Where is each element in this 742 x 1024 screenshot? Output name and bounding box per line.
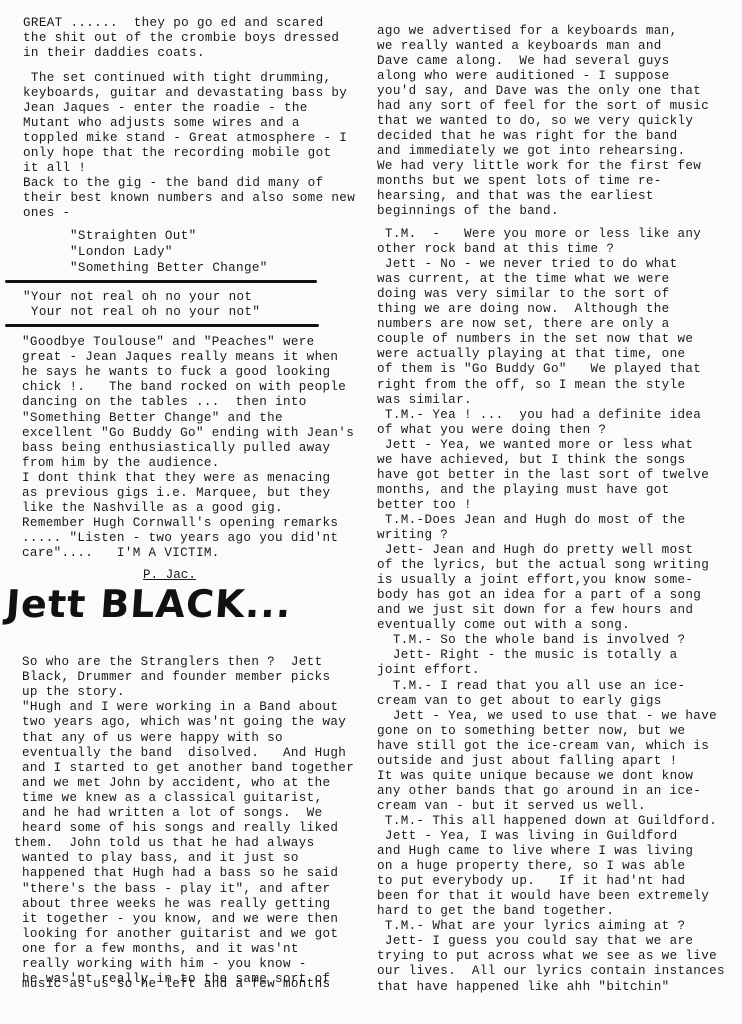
text-line: we have achieved, but I think the songs — [377, 453, 685, 468]
text-line: Jett - Yea, we used to use that - we hav… — [377, 709, 717, 724]
text-line: looking for another guitarist and we got — [22, 927, 338, 942]
text-line: our lives. All our lyrics contain instan… — [377, 964, 725, 979]
divider-rule — [5, 324, 319, 327]
fanzine-page: GREAT ...... they po go ed and scaredthe… — [0, 0, 742, 1024]
text-line: T.M. - Were you more or less like any — [377, 227, 701, 242]
song-title: "Straighten Out" — [70, 229, 197, 244]
text-line: and immediately we got into rehearsing. — [377, 144, 685, 159]
text-line: T.M.- This all happened down at Guildfor… — [377, 814, 717, 829]
text-line: months, and the playing must have got — [377, 483, 670, 498]
text-line: two years ago, which was'nt going the wa… — [22, 715, 346, 730]
text-line: was similar. — [377, 393, 472, 408]
text-line: GREAT ...... they po go ed and scared — [23, 16, 323, 31]
text-line: any other bands that go around in an ice… — [377, 784, 701, 799]
text-line: care".... I'M A VICTIM. — [22, 546, 220, 561]
text-line: I dont think that they were as menacing — [22, 471, 330, 486]
text-line: hearsing, and that was the earliest — [377, 189, 654, 204]
text-line: dancing on the tables ... then into — [22, 395, 307, 410]
text-line: Remember Hugh Cornwall's opening remarks — [22, 516, 338, 531]
text-line: we really wanted a keyboards man and — [377, 39, 662, 54]
text-line: cream van - but it served us well. — [377, 799, 646, 814]
text-line: that we wanted to do, so we very quickly — [377, 114, 693, 129]
text-line: ago we advertised for a keyboards man, — [377, 24, 677, 39]
text-line: chick !. The band rocked on with people — [22, 380, 346, 395]
text-line: Jett- I guess you could say that we are — [377, 934, 693, 949]
lyric-quote-line: "Your not real oh no your not — [23, 290, 252, 305]
text-line: Jett - Yea, we wanted more or less what — [377, 438, 693, 453]
text-line: about three weeks he was really getting — [22, 897, 330, 912]
text-line: Jett- Right - the music is totally a — [377, 648, 677, 663]
text-line: that have happened like ahh "bitchin" — [377, 980, 670, 995]
text-line: better too ! — [377, 498, 472, 513]
text-line: have still got the ice-cream van, which … — [377, 739, 709, 754]
text-line: you'd say, and Dave was the only one tha… — [377, 84, 701, 99]
text-line: writing ? — [377, 528, 448, 543]
text-line: that any of us were happy with so — [22, 731, 283, 746]
text-line: body has got an idea for a part of a son… — [377, 588, 701, 603]
text-line: it all ! — [23, 161, 86, 176]
text-line: Jett - Yea, I was living in Guildford — [377, 829, 677, 844]
text-line: gone on to something better now, but we — [377, 724, 685, 739]
text-line: like the Nashville as a good gig. — [22, 501, 283, 516]
text-line: them. John told us that he had always — [14, 836, 314, 851]
text-line: and Hugh came to live where I was living — [377, 844, 693, 859]
text-line: he says he wants to fuck a good looking — [22, 365, 330, 380]
text-line: Jett - No - we never tried to do what — [377, 257, 677, 272]
text-line: Back to the gig - the band did many of — [23, 176, 323, 191]
text-line: joint effort. — [377, 663, 480, 678]
text-line: "Something Better Change" and the — [22, 411, 283, 426]
text-line: the shit out of the crombie boys dressed — [23, 31, 339, 46]
text-line: Mutant who adjusts some wires and a — [23, 116, 300, 131]
text-line: T.M.- So the whole band is involved ? — [377, 633, 685, 648]
text-line: bass being enthusiastically pulled away — [22, 441, 330, 456]
text-line: The set continued with tight drumming, — [23, 71, 331, 86]
text-line: heard some of his songs and really liked — [22, 821, 338, 836]
text-line: really working with him - you know - — [22, 957, 307, 972]
song-title: "London Lady" — [70, 245, 173, 260]
text-line: as previous gigs i.e. Marquee, but they — [22, 486, 330, 501]
lyric-quote-line: Your not real oh no your not" — [23, 305, 260, 320]
text-line: T.M.-Does Jean and Hugh do most of the — [377, 513, 685, 528]
author-byline: P. Jac. — [143, 568, 196, 583]
text-line: Jean Jaques - enter the roadie - the — [23, 101, 308, 116]
text-line: is usually a joint effort,you know some- — [377, 573, 693, 588]
text-line: along who were auditioned - I suppose — [377, 69, 670, 84]
text-line: up the story. — [22, 685, 125, 700]
text-line: Black, Drummer and founder member picks — [22, 670, 330, 685]
text-line: months but we spent lots of time re- — [377, 174, 662, 189]
text-line: time we knew as a classical guitarist, — [22, 791, 322, 806]
text-line: decided that he was right for the band — [377, 129, 677, 144]
text-line: toppled mike stand - Great atmosphere - … — [23, 131, 347, 146]
text-line: of the lyrics, but the actual song writi… — [377, 558, 709, 573]
text-line: Dave came along. We had several guys — [377, 54, 670, 69]
text-line: and we met John by accident, who at the — [22, 776, 330, 791]
text-line: We had very little work for the first fe… — [377, 159, 701, 174]
text-line: from him by the audience. — [22, 456, 220, 471]
text-line: ones - — [23, 206, 70, 221]
text-line: T.M.- What are your lyrics aiming at ? — [377, 919, 685, 934]
text-line: and we just sit down for a few hours and — [377, 603, 693, 618]
text-line: it together - you know, and we were then — [22, 912, 338, 927]
text-line: Jett- Jean and Hugh do pretty well most — [377, 543, 693, 558]
text-line: in their daddies coats. — [23, 46, 205, 61]
text-line: excellent "Go Buddy Go" ending with Jean… — [22, 426, 354, 441]
text-line: to put everybody up. If it had'nt had — [377, 874, 685, 889]
text-line: and I started to get another band togeth… — [22, 761, 354, 776]
text-line: great - Jean Jaques really means it when — [22, 350, 338, 365]
handwritten-heading: Jett BLACK... — [4, 582, 293, 626]
text-line: "Hugh and I were working in a Band about — [22, 700, 338, 715]
text-line: "Goodbye Toulouse" and "Peaches" were — [22, 335, 315, 350]
text-line: right from the off, so I mean the style — [377, 378, 685, 393]
text-line: couple of numbers in the set now that we — [377, 332, 693, 347]
text-line: of them is "Go Buddy Go" We played that — [377, 362, 701, 377]
text-line: hard to get the band together. — [377, 904, 614, 919]
text-line: keyboards, guitar and devastating bass b… — [23, 86, 347, 101]
text-line: were actually playing at that time, one — [377, 347, 685, 362]
text-line: have got better in the last sort of twel… — [377, 468, 709, 483]
text-line: other rock band at this time ? — [377, 242, 614, 257]
text-line: T.M.- Yea ! ... you had a definite idea — [377, 408, 701, 423]
text-line: of what you were doing then ? — [377, 423, 606, 438]
text-line: beginnings of the band. — [377, 204, 559, 219]
text-line: thing we are doing now. Although the — [377, 302, 670, 317]
text-line: It was quite unique because we dont know — [377, 769, 693, 784]
text-line: one for a few months, and it was'nt — [22, 942, 299, 957]
text-line: only hope that the recording mobile got — [23, 146, 331, 161]
text-line: "there's the bass - play it", and after — [22, 882, 330, 897]
text-line: cream van to get about to early gigs — [377, 694, 662, 709]
text-line: ..... "Listen - two years ago you did'nt — [22, 531, 338, 546]
text-line: their best known numbers and also some n… — [23, 191, 355, 206]
text-line: was current, at the time what we were — [377, 272, 670, 287]
divider-rule — [5, 280, 317, 283]
text-line: So who are the Stranglers then ? Jett — [22, 655, 322, 670]
text-line: on a huge property there, so I was able — [377, 859, 685, 874]
text-line: T.M.- I read that you all use an ice- — [377, 679, 685, 694]
text-line: and he had written a lot of songs. We — [22, 806, 322, 821]
text-line: eventually come out with a song. — [377, 618, 630, 633]
text-line: doing was very similar to the sort of — [377, 287, 670, 302]
text-line: numbers are now set, there are only a — [377, 317, 670, 332]
text-line: music as us so he left and a few months — [22, 977, 330, 992]
text-line: outside and just about falling apart ! — [377, 754, 677, 769]
text-line: eventually the band disolved. And Hugh — [22, 746, 346, 761]
song-title: "Something Better Change" — [70, 261, 268, 276]
text-line: trying to put across what we see as we l… — [377, 949, 717, 964]
text-line: wanted to play bass, and it just so — [22, 851, 299, 866]
text-line: had any sort of feel for the sort of mus… — [377, 99, 709, 114]
text-line: been for that it would have been extreme… — [377, 889, 709, 904]
text-line: happened that Hugh had a bass so he said — [22, 866, 338, 881]
